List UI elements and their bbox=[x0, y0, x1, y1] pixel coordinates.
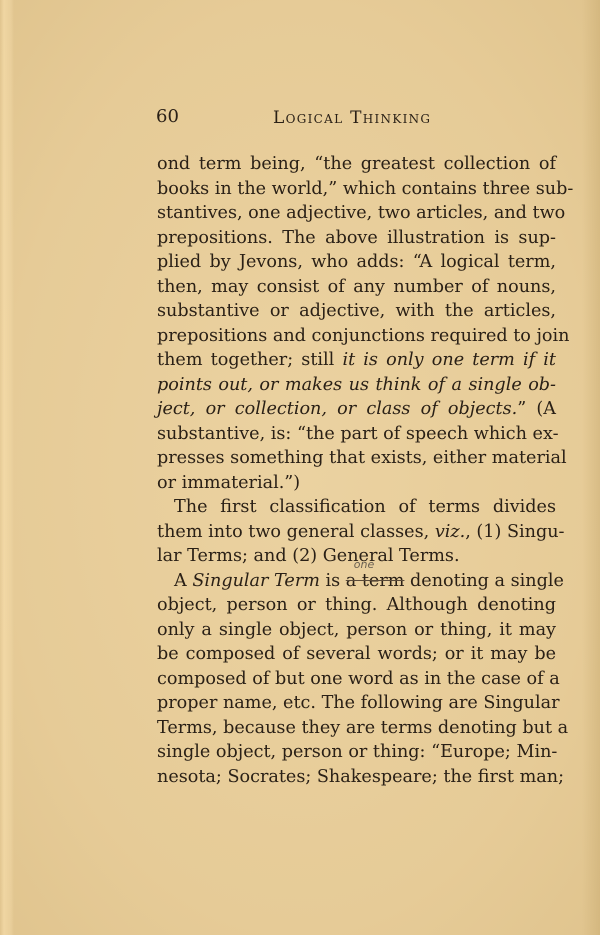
text-line: plied by Jevons, who adds: “A logical te… bbox=[157, 250, 556, 275]
text-segment: composed of but one word as in the case … bbox=[157, 669, 560, 689]
text-line: books in the world,” which contains thre… bbox=[157, 177, 556, 202]
text-segment: is bbox=[320, 571, 346, 591]
page-header: 60 Logical Thinking bbox=[156, 106, 556, 130]
text-segment: lar Terms; and (2) General Terms. bbox=[157, 546, 460, 566]
text-segment: proper name, etc. The following are Sing… bbox=[157, 693, 560, 713]
text-segment: them together; still bbox=[157, 350, 342, 370]
text-line: object, person or thing. Although denoti… bbox=[157, 593, 556, 618]
italic-text: points out, or makes us think of a singl… bbox=[157, 375, 556, 395]
book-page: 60 Logical Thinking ond term being, “the… bbox=[0, 0, 600, 935]
page-number: 60 bbox=[156, 106, 179, 127]
text-line: composed of but one word as in the case … bbox=[157, 667, 556, 692]
struck-through-text: a termone bbox=[346, 571, 405, 591]
text-line: or immaterial.”) bbox=[157, 471, 556, 496]
text-segment: stantives, one adjective, two articles, … bbox=[157, 203, 565, 223]
text-line: single object, person or thing: “Europe;… bbox=[157, 740, 556, 765]
text-segment: substantive or adjective, with the artic… bbox=[157, 301, 556, 321]
running-head: Logical Thinking bbox=[273, 108, 431, 128]
text-segment: plied by Jevons, who adds: “A logical te… bbox=[157, 252, 556, 272]
text-line: proper name, etc. The following are Sing… bbox=[157, 691, 556, 716]
text-line: them together; still it is only one term… bbox=[157, 348, 556, 373]
text-segment: be composed of several words; or it may … bbox=[157, 644, 556, 664]
text-segment: substantive, is: “the part of speech whi… bbox=[157, 424, 559, 444]
text-segment: The first classification of terms divide… bbox=[174, 497, 556, 517]
text-line: presses something that exists, either ma… bbox=[157, 446, 556, 471]
text-segment: denoting a single bbox=[404, 571, 563, 591]
text-line: ond term being, “the greatest collection… bbox=[157, 152, 556, 177]
text-segment: nesota; Socrates; Shakespeare; the first… bbox=[157, 767, 564, 787]
text-segment: object, person or thing. Although denoti… bbox=[157, 595, 556, 615]
body-text: ond term being, “the greatest collection… bbox=[157, 152, 556, 789]
text-line: substantive, is: “the part of speech whi… bbox=[157, 422, 556, 447]
italic-text: viz. bbox=[435, 522, 465, 542]
text-line: ject, or collection, or class of objects… bbox=[157, 397, 556, 422]
text-line: be composed of several words; or it may … bbox=[157, 642, 556, 667]
text-segment: books in the world,” which contains thre… bbox=[157, 179, 573, 199]
text-line: prepositions and conjunctions required t… bbox=[157, 324, 556, 349]
text-segment: A bbox=[174, 571, 192, 591]
italic-text: it is only one term if it bbox=[342, 350, 556, 370]
handwritten-annotation: one bbox=[354, 559, 374, 570]
text-segment: prepositions and conjunctions required t… bbox=[157, 326, 569, 346]
text-line: them into two general classes, viz., (1)… bbox=[157, 520, 556, 545]
text-segment: presses something that exists, either ma… bbox=[157, 448, 567, 468]
text-segment: prepositions. The above illustration is … bbox=[157, 228, 556, 248]
text-line: only a single object, person or thing, i… bbox=[157, 618, 556, 643]
text-segment: ond term being, “the greatest collection… bbox=[157, 154, 556, 174]
text-line: A Singular Term is a termone denoting a … bbox=[157, 569, 556, 594]
text-segment: , (1) Singu- bbox=[465, 522, 564, 542]
text-line: stantives, one adjective, two articles, … bbox=[157, 201, 556, 226]
text-line: substantive or adjective, with the artic… bbox=[157, 299, 556, 324]
text-segment: single object, person or thing: “Europe;… bbox=[157, 742, 557, 762]
italic-text: Singular Term bbox=[192, 571, 320, 591]
text-segment: ” (A bbox=[517, 399, 556, 419]
text-segment: Terms, because they are terms denoting b… bbox=[157, 718, 568, 738]
text-line: points out, or makes us think of a singl… bbox=[157, 373, 556, 398]
text-line: prepositions. The above illustration is … bbox=[157, 226, 556, 251]
text-line: then, may consist of any number of nouns… bbox=[157, 275, 556, 300]
italic-text: ject, or collection, or class of objects… bbox=[157, 399, 517, 419]
text-segment: or immaterial.”) bbox=[157, 473, 300, 493]
text-segment: then, may consist of any number of nouns… bbox=[157, 277, 556, 297]
text-line: The first classification of terms divide… bbox=[157, 495, 556, 520]
text-segment: only a single object, person or thing, i… bbox=[157, 620, 556, 640]
text-segment: them into two general classes, bbox=[157, 522, 435, 542]
text-line: Terms, because they are terms denoting b… bbox=[157, 716, 556, 741]
text-line: nesota; Socrates; Shakespeare; the first… bbox=[157, 765, 556, 790]
